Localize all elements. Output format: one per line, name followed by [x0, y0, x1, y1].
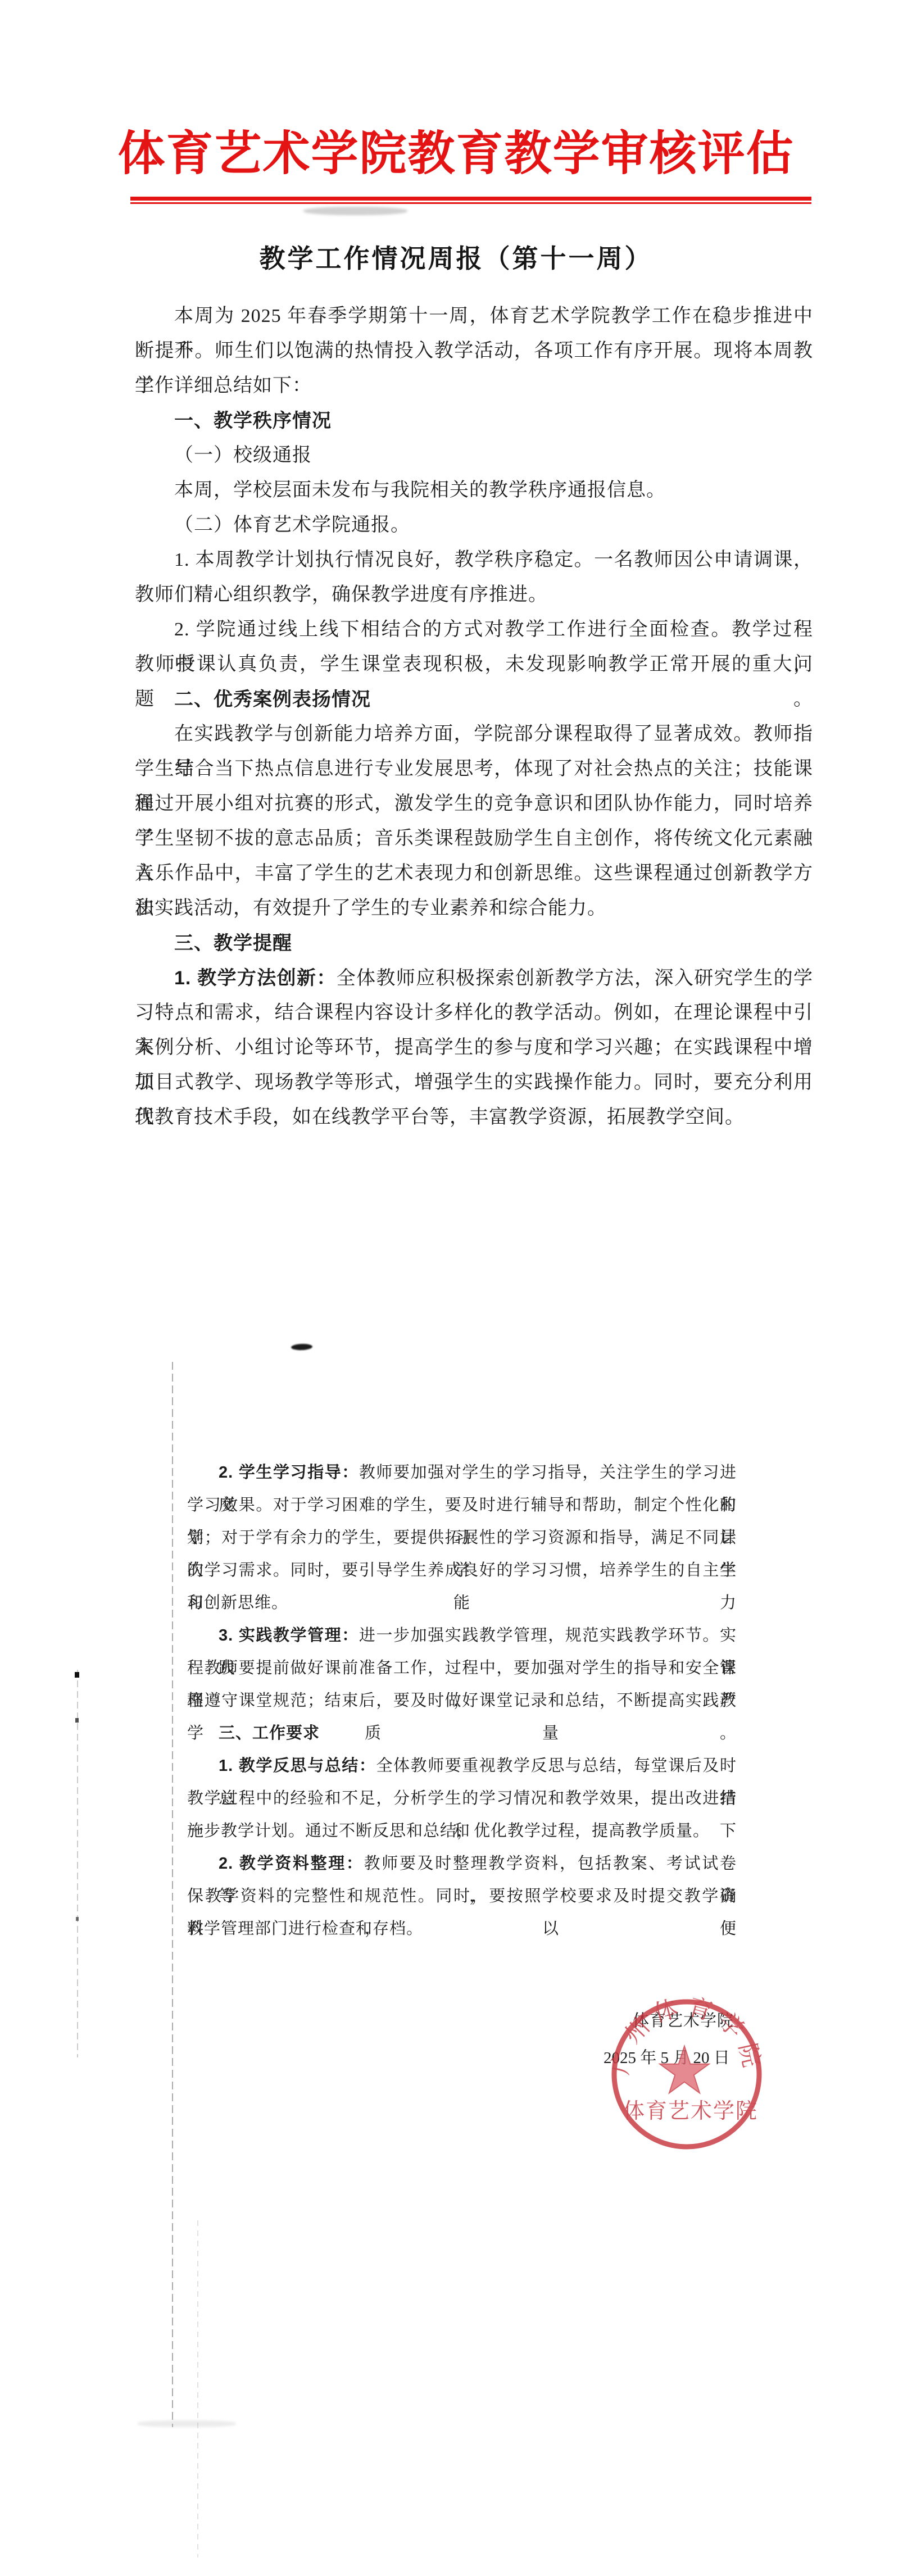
scan-smudge-bottom [138, 2420, 236, 2427]
text-line: 学生结合当下热点信息进行专业发展思考，体现了对社会热点的关注；技能课程 [135, 752, 813, 787]
text-line: 3. 实践教学管理：进一步加强实践教学管理，规范实践教学环节。实践课 [187, 1619, 737, 1652]
section-heading: 二、优秀案例表扬情况 [135, 682, 813, 717]
official-seal-stamp: 广州体育学院 体育艺术学院 [602, 1990, 771, 2159]
text-line: 保教学资料的完整性和规范性。同时，要按照学校要求及时提交教学资料，以便 [187, 1880, 737, 1912]
text-line: 2. 学生学习指导：教师要加强对学生的学习指导，关注学生的学习进度和 [187, 1456, 737, 1489]
text-line: 在实践教学与创新能力培养方面，学院部分课程取得了显著成效。教师指导 [135, 717, 813, 752]
title-double-rule [130, 197, 811, 204]
text-line: 1. 教学方法创新：全体教师应积极探索创新教学方法，深入研究学生的学 [135, 961, 813, 996]
scan-tick-mark [75, 1672, 79, 1678]
page1-body-text: 本周为 2025 年春季学期第十一周，体育艺术学院教学工作在稳步推进中不断提升。… [135, 299, 813, 1135]
text-line: 和实践活动，有效提升了学生的专业素养和综合能力。 [135, 891, 813, 926]
scan-fold-line-right [172, 1362, 173, 2427]
document-title: 体育艺术学院教育教学审核评估 [0, 116, 912, 184]
text-line: 划；对于学有余力的学生，要提供拓展性的学习资源和指导，满足不同层次学生 [187, 1521, 737, 1554]
page2-body-text: 2. 学生学习指导：教师要加强对学生的学习指导，关注学生的学习进度和学习效果。对… [187, 1456, 737, 1945]
text-line: 2. 学院通过线上线下相结合的方式对教学工作进行全面检查。教学过程中， [135, 612, 813, 647]
star-icon [660, 2046, 709, 2093]
text-line: （二）体育艺术学院通报。 [135, 508, 813, 543]
text-line: 本周为 2025 年春季学期第十一周，体育艺术学院教学工作在稳步推进中不 [135, 299, 813, 334]
text-line: 音乐作品中，丰富了学生的艺术表现力和创新思维。这些课程通过创新教学方法 [135, 856, 813, 891]
text-line: 学生坚韧不拔的意志品质；音乐类课程鼓励学生自主创作，将传统文化元素融入 [135, 821, 813, 856]
text-line: 工作详细总结如下： [135, 369, 813, 403]
scan-tick-mark [76, 1917, 79, 1921]
text-line: 断提升。师生们以饱满的热情投入教学活动，各项工作有序开展。现将本周教学 [135, 334, 813, 369]
text-line: 本周，学校层面未发布与我院相关的教学秩序通报信息。 [135, 473, 813, 508]
text-line: 教师授课认真负责，学生课堂表现积极，未发现影响教学正常开展的重大问题。 [135, 647, 813, 682]
scan-ink-blob [291, 1343, 312, 1350]
section-heading: 三、工作要求 [187, 1717, 737, 1750]
stamp-inner-text: 体育艺术学院 [623, 2100, 758, 2123]
text-line: 格遵守课堂规范；结束后，要及时做好课堂记录和总结，不断提高实践教学质量。 [187, 1684, 737, 1717]
text-line: 的学习需求。同时，要引导学生养成良好的学习习惯，培养学生的自主学习能力 [187, 1554, 737, 1587]
scanned-document-page: 体育艺术学院教育教学审核评估 教学工作情况周报（第十一周） 本周为 2025 年… [0, 0, 912, 2576]
text-line: 教学过程中的经验和不足，分析学生的学习情况和教学效果，提出改进措施和下 [187, 1782, 737, 1815]
text-line: 2. 教学资料整理：教师要及时整理教学资料，包括教案、考试试卷等，确 [187, 1847, 737, 1880]
text-line: 教学管理部门进行检查和存档。 [187, 1912, 737, 1945]
text-line: 和创新思维。 [187, 1587, 737, 1619]
text-line: 项目式教学、现场教学等形式，增强学生的实践操作能力。同时，要充分利用现 [135, 1065, 813, 1100]
text-line: 通过开展小组对抗赛的形式，激发学生的竞争意识和团队协作能力，同时培养了 [135, 787, 813, 821]
scan-fold-line-left [77, 1670, 78, 2057]
section-heading: 一、教学秩序情况 [135, 403, 813, 438]
text-line: 学习效果。对于学习困难的学生，要及时进行辅导和帮助，制定个性化的学习计 [187, 1489, 737, 1521]
text-line: 1. 本周教学计划执行情况良好，教学秩序稳定。一名教师因公申请调课， [135, 543, 813, 578]
text-line: 一步教学计划。通过不断反思和总结，优化教学过程，提高教学质量。 [187, 1815, 737, 1847]
document-subtitle: 教学工作情况周报（第十一周） [0, 238, 912, 275]
section-heading: 三、教学提醒 [135, 926, 813, 961]
text-line: 教师们精心组织教学，确保教学进度有序推进。 [135, 578, 813, 612]
text-line: 1. 教学反思与总结：全体教师要重视教学反思与总结，每堂课后及时总结 [187, 1750, 737, 1782]
scan-fold-line-faint [197, 2220, 198, 2557]
text-line: 代教育技术手段，如在线教学平台等，丰富教学资源，拓展教学空间。 [135, 1100, 813, 1135]
text-line: 程教师要提前做好课前准备工作，过程中，要加强对学生的指导和安全管理，严 [187, 1652, 737, 1684]
text-line: 案例分析、小组讨论等环节，提高学生的参与度和学习兴趣；在实践课程中增加 [135, 1030, 813, 1065]
scan-smudge-under-rule [303, 207, 407, 215]
scan-tick-mark [75, 1718, 79, 1723]
text-line: 习特点和需求，结合课程内容设计多样化的教学活动。例如，在理论课程中引入 [135, 996, 813, 1030]
text-line: （一）校级通报 [135, 438, 813, 473]
